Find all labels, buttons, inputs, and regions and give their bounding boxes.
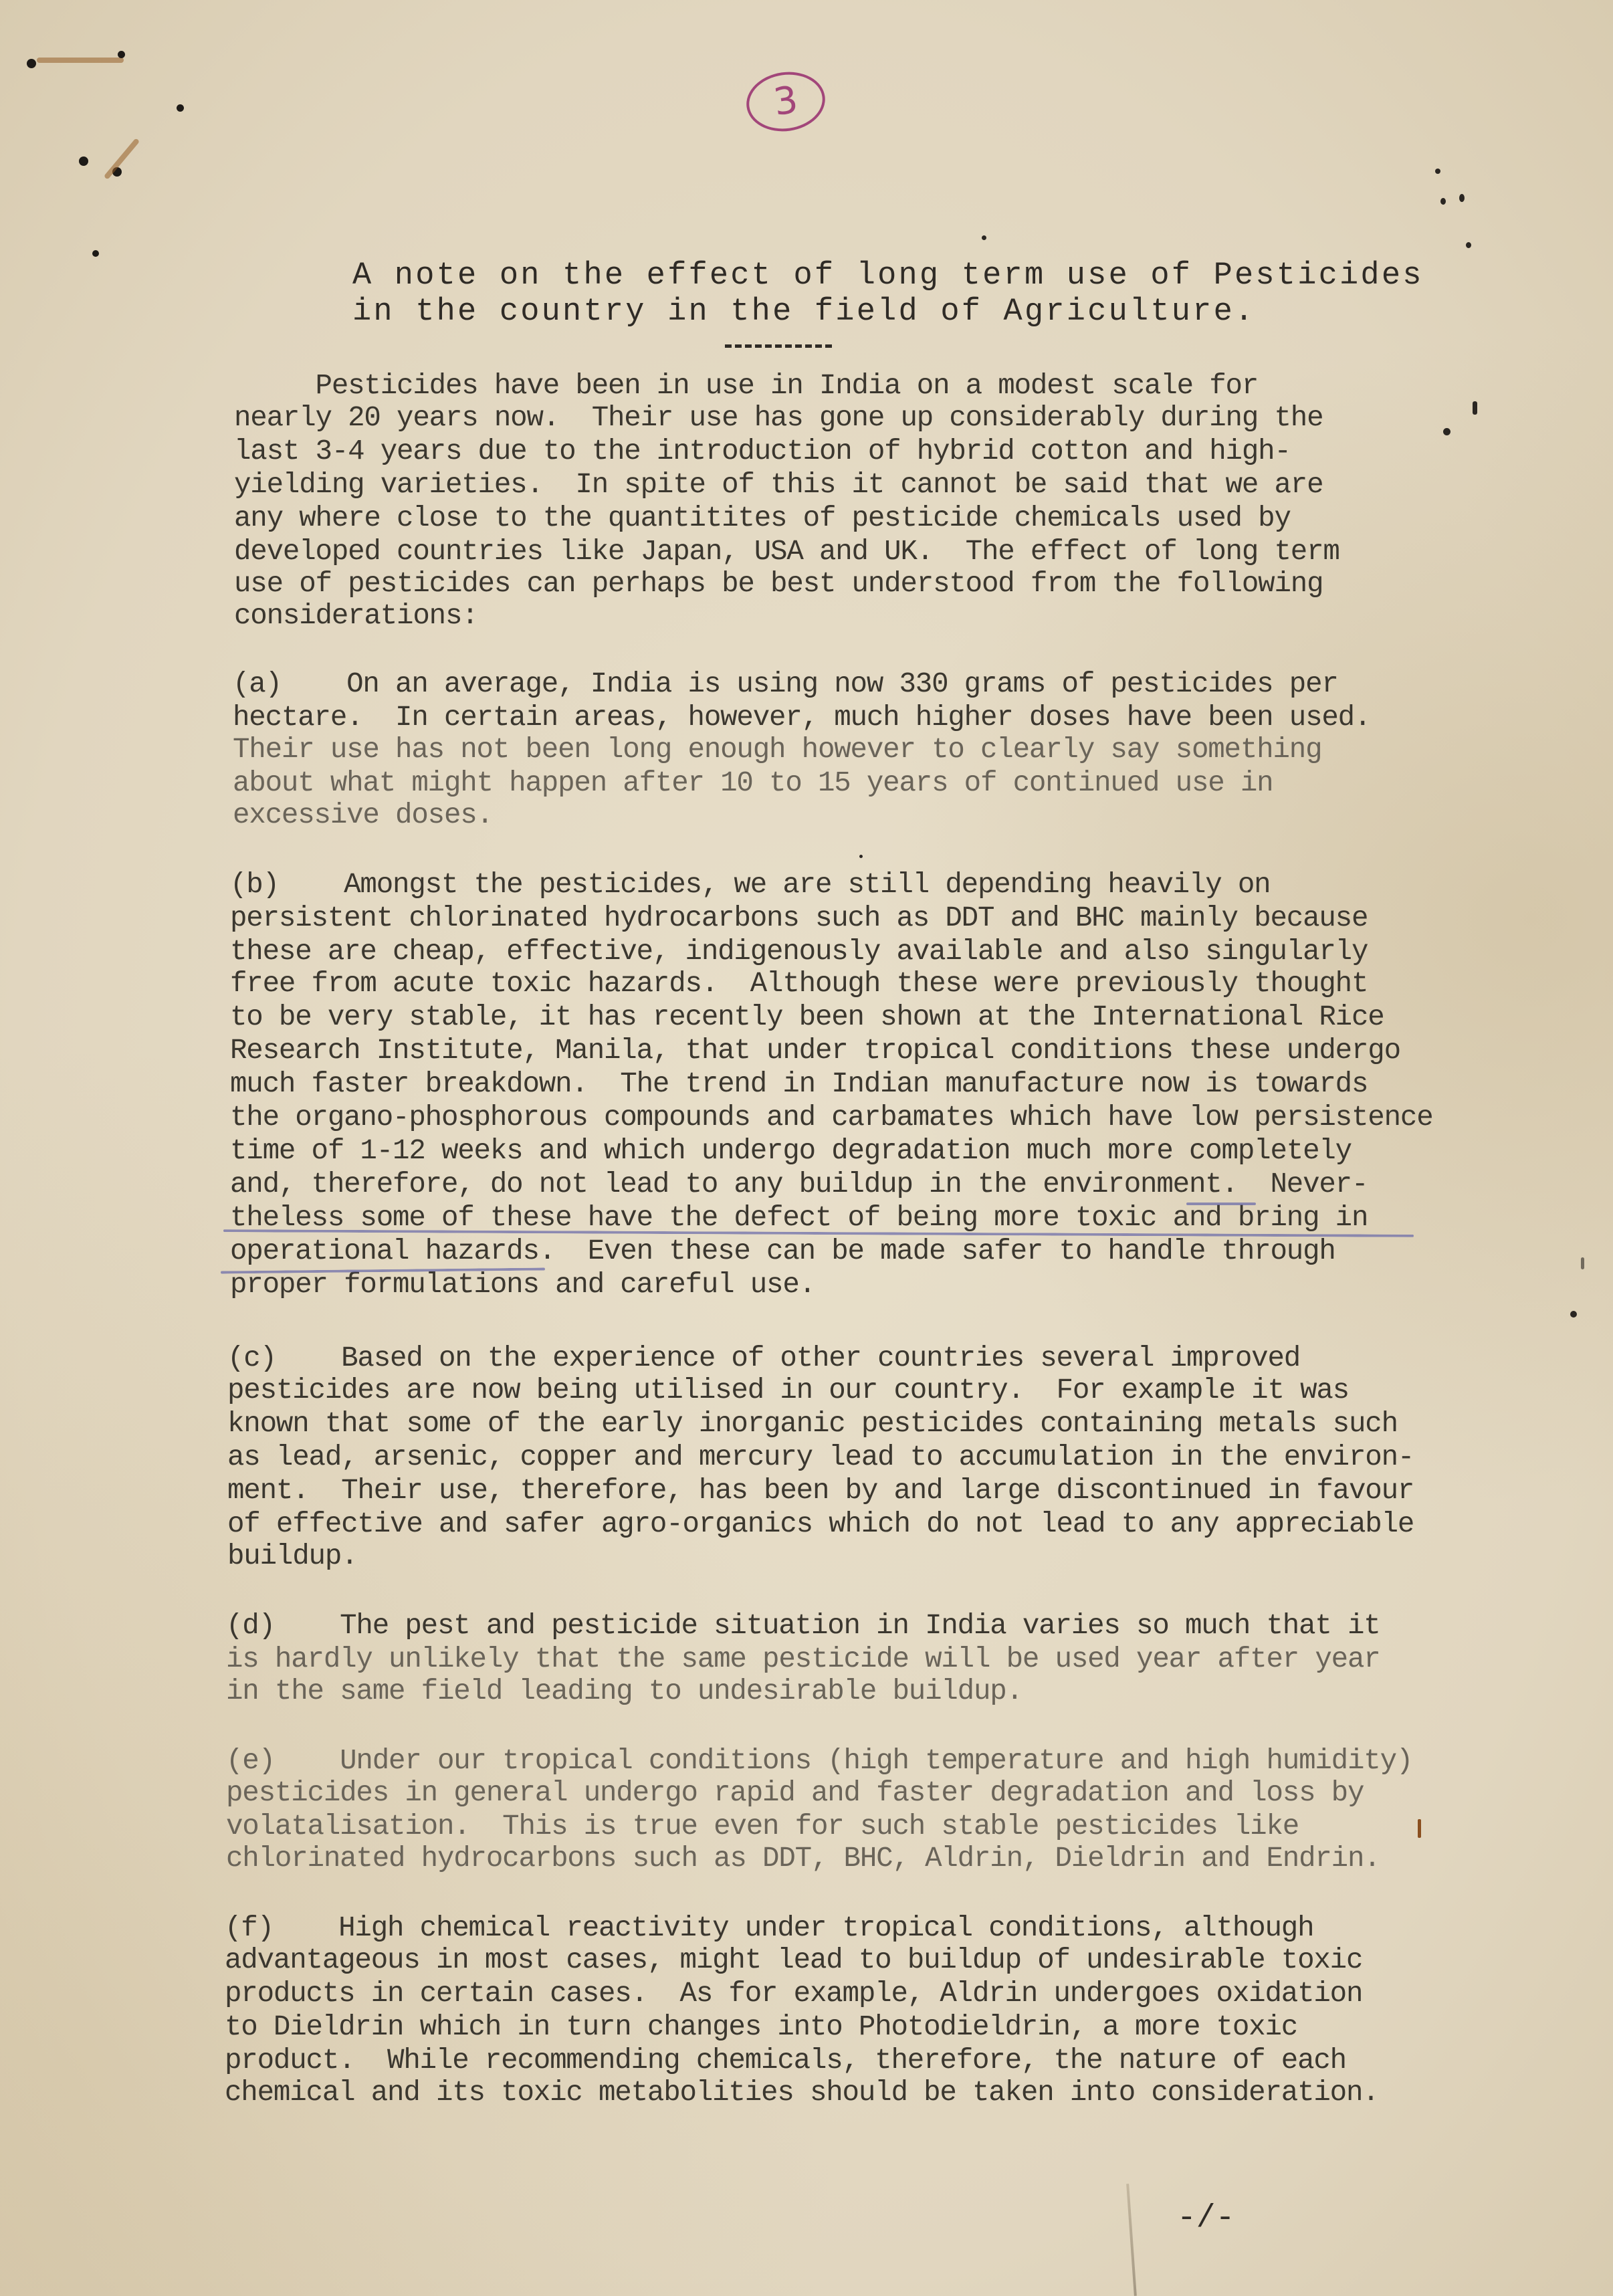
punch-hole-icon bbox=[118, 51, 125, 58]
consideration-b-line: the organo-phosphorous compounds and car… bbox=[230, 1104, 1433, 1132]
ink-speck bbox=[1581, 1257, 1584, 1269]
punch-hole-icon bbox=[92, 250, 99, 257]
ink-speck bbox=[982, 235, 986, 240]
consideration-e-line: (e) Under our tropical conditions (high … bbox=[226, 1747, 1412, 1776]
consideration-b-line: time of 1-12 weeks and which undergo deg… bbox=[230, 1137, 1352, 1166]
consideration-e-line: volatalisation. This is true even for su… bbox=[226, 1812, 1299, 1841]
punch-hole-icon bbox=[177, 104, 184, 112]
consideration-f-line: products in certain cases. As for exampl… bbox=[225, 1980, 1362, 2008]
consideration-a-line: excessive doses. bbox=[233, 801, 493, 830]
consideration-b-line: theless some of these have the defect of… bbox=[230, 1204, 1368, 1233]
consideration-f-line: to Dieldrin which in turn changes into P… bbox=[225, 2013, 1297, 2042]
document-page: 3 A note on the effect of long term use … bbox=[0, 0, 1613, 2296]
ink-speck bbox=[1459, 194, 1465, 202]
consideration-f-line: (f) High chemical reactivity under tropi… bbox=[225, 1914, 1313, 1943]
ink-speck bbox=[859, 855, 863, 858]
intro-line: any where close to the quantitites of pe… bbox=[234, 504, 1291, 533]
consideration-e-line: chlorinated hydrocarbons such as DDT, BH… bbox=[226, 1845, 1380, 1873]
continuation-mark: -/- bbox=[1177, 2200, 1234, 2236]
consideration-c-line: as lead, arsenic, copper and mercury lea… bbox=[227, 1443, 1414, 1472]
intro-line: considerations: bbox=[234, 602, 478, 631]
ink-speck bbox=[1466, 242, 1471, 248]
consideration-e-line: pesticides in general undergo rapid and … bbox=[226, 1779, 1364, 1808]
consideration-f-line: chemical and its toxic metabolities shou… bbox=[225, 2079, 1379, 2107]
page-number-badge: 3 bbox=[742, 67, 829, 136]
ink-speck bbox=[1570, 1311, 1577, 1318]
consideration-f-line: product. While recommending chemicals, t… bbox=[225, 2047, 1346, 2075]
consideration-c-line: (c) Based on the experience of other cou… bbox=[227, 1344, 1300, 1373]
consideration-b-line: these are cheap, effective, indigenously… bbox=[230, 938, 1368, 966]
document-title-line-2: in the country in the field of Agricultu… bbox=[352, 294, 1255, 330]
intro-line: yielding varieties. In spite of this it … bbox=[234, 471, 1323, 500]
consideration-f-line: advantageous in most cases, might lead t… bbox=[225, 1946, 1362, 1975]
consideration-a-line: (a) On an average, India is using now 33… bbox=[233, 670, 1338, 699]
punch-hole-icon bbox=[27, 59, 36, 68]
intro-line: Pesticides have been in use in India on … bbox=[234, 372, 1258, 401]
title-divider bbox=[725, 344, 832, 348]
ink-speck bbox=[1443, 428, 1450, 435]
intro-line: last 3-4 years due to the introduction o… bbox=[234, 437, 1291, 466]
ink-speck bbox=[1435, 169, 1440, 174]
intro-line: nearly 20 years now. Their use has gone … bbox=[234, 404, 1323, 433]
staple-stain-icon bbox=[104, 138, 140, 180]
consideration-b-line: to be very stable, it has recently been … bbox=[230, 1003, 1384, 1032]
consideration-b-line: operational hazards. Even these can be m… bbox=[230, 1237, 1335, 1266]
consideration-c-line: buildup. bbox=[227, 1542, 357, 1571]
consideration-b-line: and, therefore, do not lead to any build… bbox=[230, 1170, 1368, 1199]
intro-line: use of pesticides can perhaps be best un… bbox=[234, 570, 1323, 599]
consideration-c-line: pesticides are now being utilised in our… bbox=[227, 1376, 1349, 1405]
consideration-b-line: (b) Amongst the pesticides, we are still… bbox=[230, 871, 1270, 900]
ink-speck bbox=[1418, 1819, 1421, 1838]
consideration-d-line: in the same field leading to undesirable… bbox=[226, 1677, 1023, 1706]
punch-hole-icon bbox=[79, 156, 88, 166]
consideration-c-line: of effective and safer agro-organics whi… bbox=[227, 1510, 1414, 1539]
consideration-d-line: is hardly unlikely that the same pestici… bbox=[226, 1645, 1380, 1674]
consideration-a-line: about what might happen after 10 to 15 y… bbox=[233, 769, 1273, 798]
ink-speck bbox=[1440, 198, 1446, 205]
staple-stain-icon bbox=[37, 58, 124, 63]
document-title-line-1: A note on the effect of long term use of… bbox=[352, 258, 1424, 294]
consideration-b-line: Research Institute, Manila, that under t… bbox=[230, 1037, 1400, 1065]
intro-line: developed countries like Japan, USA and … bbox=[234, 538, 1339, 566]
consideration-d-line: (d) The pest and pesticide situation in … bbox=[226, 1612, 1380, 1641]
consideration-c-line: known that some of the early inorganic p… bbox=[227, 1410, 1398, 1439]
consideration-b-line: much faster breakdown. The trend in Indi… bbox=[230, 1070, 1368, 1099]
pen-underline-mark bbox=[1186, 1203, 1256, 1205]
paper-tear bbox=[1126, 2184, 1137, 2296]
consideration-b-line: free from acute toxic hazards. Although … bbox=[230, 970, 1368, 999]
consideration-a-line: hectare. In certain areas, however, much… bbox=[233, 704, 1370, 732]
ink-speck bbox=[1473, 401, 1477, 415]
consideration-b-line: proper formulations and careful use. bbox=[230, 1271, 815, 1299]
consideration-a-line: Their use has not been long enough howev… bbox=[233, 736, 1321, 764]
consideration-b-line: persistent chlorinated hydrocarbons such… bbox=[230, 904, 1368, 933]
consideration-c-line: ment. Their use, therefore, has been by … bbox=[227, 1477, 1414, 1505]
